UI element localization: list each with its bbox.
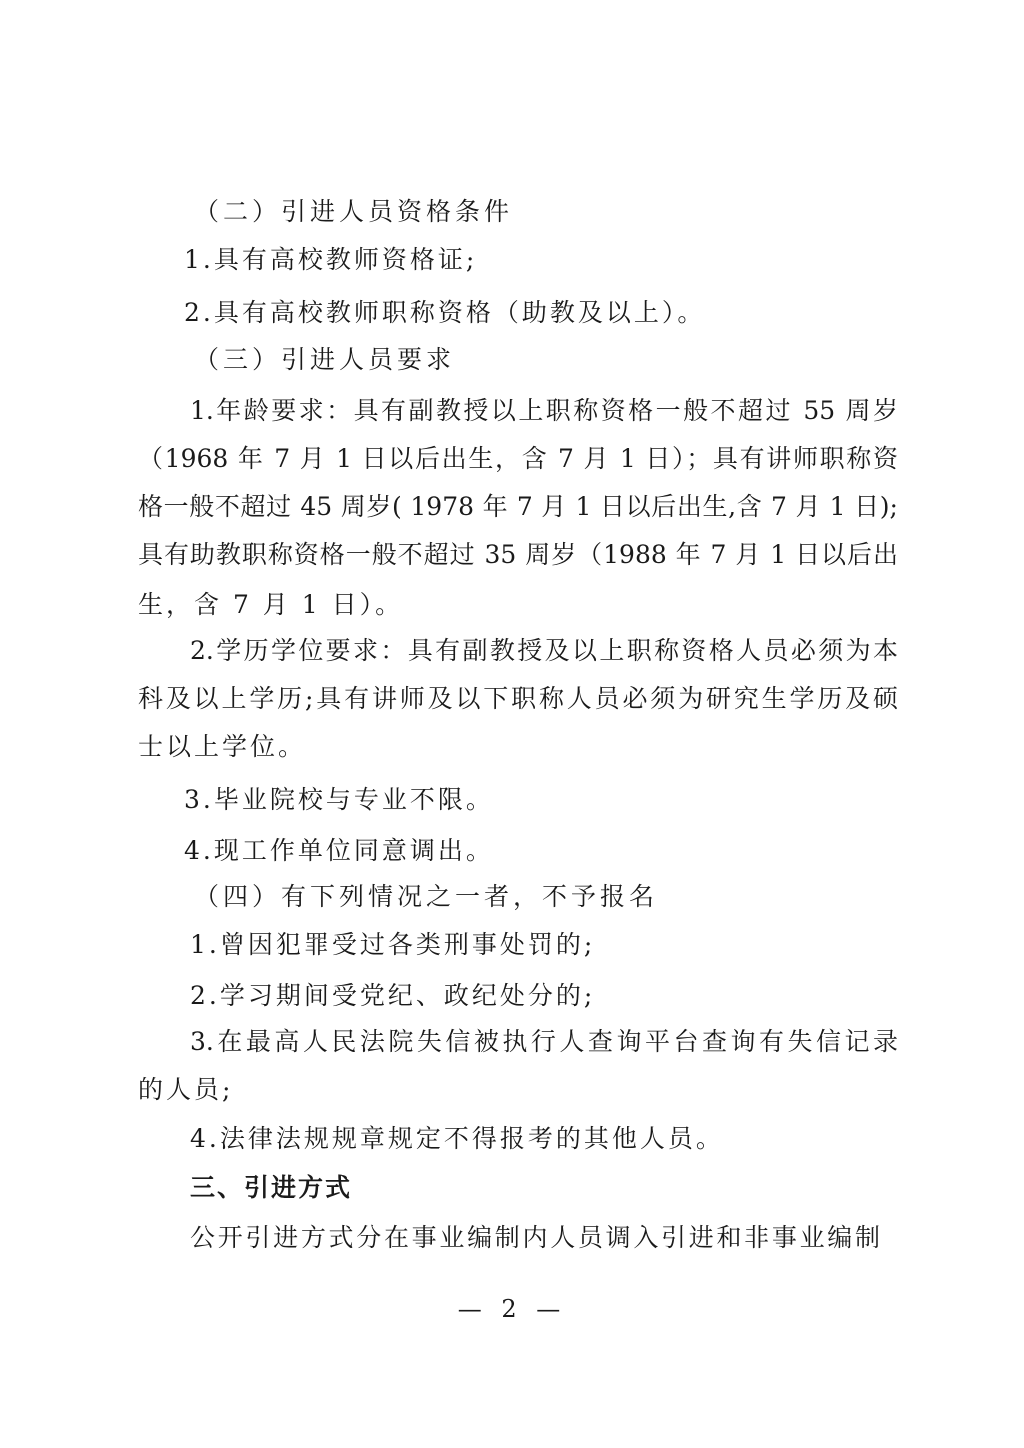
requirement-education-line-1: 2.学历学位要求：具有副教授及以上职称资格人员必须为本 — [190, 636, 898, 666]
subsection-heading-qualifications: （二）引进人员资格条件 — [194, 197, 513, 227]
requirement-education-line-2: 科及以上学历;具有讲师及以下职称人员必须为研究生学历及硕 — [138, 684, 898, 714]
introduction-method-paragraph-line-1: 公开引进方式分在事业编制内人员调入引进和非事业编制 — [190, 1223, 880, 1253]
disqualification-item-3-line-1: 3.在最高人民法院失信被执行人查询平台查询有失信记录 — [190, 1027, 898, 1057]
requirement-age-line-2: （1968 年 7 月 1 日以后出生，含 7 月 1 日）；具有讲师职称资 — [138, 444, 898, 474]
requirement-age-line-4: 具有助教职称资格一般不超过 35 周岁（1988 年 7 月 1 日以后出 — [138, 540, 898, 570]
page-number: — 2 — — [0, 1294, 1024, 1324]
disqualification-item-2: 2.学习期间受党纪、政纪处分的; — [190, 981, 595, 1011]
requirement-age-line-1: 1.年龄要求：具有副教授以上职称资格一般不超过 55 周岁 — [190, 396, 898, 426]
requirement-education-line-3: 士以上学位。 — [138, 732, 306, 762]
section-heading-introduction-method: 三、引进方式 — [190, 1173, 352, 1203]
requirement-item-4: 4.现工作单位同意调出。 — [184, 836, 494, 866]
qualification-item-1: 1.具有高校教师资格证; — [184, 245, 477, 275]
qualification-item-2: 2.具有高校教师职称资格（助教及以上）。 — [184, 298, 705, 328]
disqualification-item-1: 1.曾因犯罪受过各类刑事处罚的; — [190, 930, 595, 960]
disqualification-item-4: 4.法律法规规章规定不得报考的其他人员。 — [190, 1124, 724, 1154]
requirement-age-line-3: 格一般不超过 45 周岁( 1978 年 7 月 1 日以后出生,含 7 月 1… — [138, 492, 898, 522]
subsection-heading-disqualifications: （四）有下列情况之一者，不予报名 — [194, 882, 658, 912]
requirement-item-3: 3.毕业院校与专业不限。 — [184, 785, 494, 815]
requirement-age-line-5: 生，含 7 月 1 日）。 — [138, 590, 403, 620]
document-page: （二）引进人员资格条件 1.具有高校教师资格证; 2.具有高校教师职称资格（助教… — [0, 0, 1024, 1448]
subsection-heading-requirements: （三）引进人员要求 — [194, 345, 455, 375]
disqualification-item-3-line-2: 的人员; — [138, 1075, 233, 1105]
